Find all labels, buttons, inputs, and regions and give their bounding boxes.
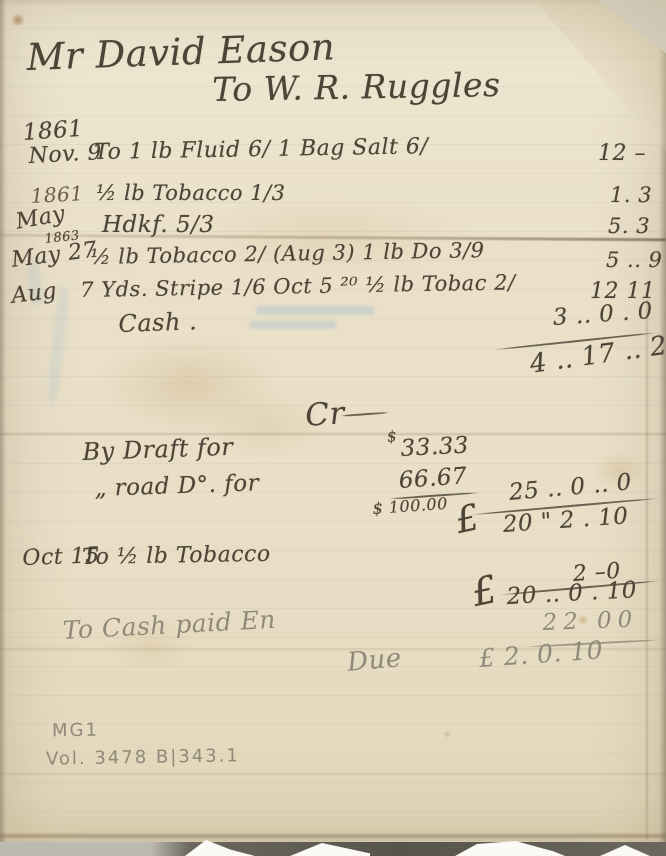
credit-marker-flourish xyxy=(340,412,390,417)
balance-amount: 20 .. 0 . 10 xyxy=(506,577,638,610)
pencil-due-amount: £ 2. 0. 10 xyxy=(478,635,604,673)
archive-reference-fonds: MG1 xyxy=(52,720,99,742)
entry-amount: 12 – xyxy=(598,141,646,166)
entry-amount: 5. 3 xyxy=(608,214,650,238)
entry-date: Aug xyxy=(10,278,58,308)
pencil-cash-label: To Cash paid En xyxy=(62,605,277,645)
credit-entry-amount: 66.67 xyxy=(398,463,468,494)
creditor-line: To W. R. Ruggles xyxy=(212,65,501,109)
archival-stamp-illegible xyxy=(256,306,374,315)
entry-description: To 1 lb Fluid 6/ 1 Bag Salt 6/ xyxy=(94,134,428,165)
archive-reference-volume: Vol. 3478 B|343.1 xyxy=(46,745,240,769)
entry-description: Cash . xyxy=(118,307,198,338)
entry-amount: 1. 3 xyxy=(610,183,652,207)
entry-amount: 3 .. 0 . 0 xyxy=(552,298,654,331)
fold-crease xyxy=(646,300,648,840)
pound-sign: £ xyxy=(452,497,483,542)
entry-amount: 5 .. 9 xyxy=(606,248,662,272)
entry-description: To ½ lb Tobacco xyxy=(82,542,271,570)
torn-edge-shadow xyxy=(0,834,666,838)
archival-stamp-illegible xyxy=(250,321,336,329)
pound-sign: £ xyxy=(468,567,501,615)
entry-date: May 27 xyxy=(10,238,98,273)
credit-entry-label: By Draft for xyxy=(82,433,234,466)
scanned-document-view: Mr David Eason To W. R. Ruggles 1861 Nov… xyxy=(0,0,666,856)
credit-sum: $ 100.00 xyxy=(372,494,448,518)
pencil-cash-amount: 22 00 xyxy=(542,607,639,636)
entry-description: ½ lb Tobacco 1/3 xyxy=(96,181,285,205)
credit-marker: Cr xyxy=(304,395,346,434)
pencil-due-label: Due xyxy=(346,643,403,678)
entry-description: 7 Yds. Stripe 1/6 Oct 5 ²⁰ ½ lb Tobac 2/ xyxy=(80,270,516,302)
credit-entry-amount: 33.33 xyxy=(400,432,470,462)
entry-description: Hdkf. 5/3 xyxy=(102,212,215,238)
currency-sign: $ xyxy=(386,427,398,446)
entry-date: Nov. 9 xyxy=(28,140,103,169)
fold-crease xyxy=(0,433,666,435)
entry-description: ½ lb Tobacco 2/ (Aug 3) 1 lb Do 3/9 xyxy=(90,238,485,269)
paper-edge xyxy=(0,0,6,856)
corner-fold xyxy=(534,0,666,152)
credit-entry-label: „ road D°. for xyxy=(94,470,260,502)
fold-crease xyxy=(0,773,666,775)
paper-sheet: Mr David Eason To W. R. Ruggles 1861 Nov… xyxy=(0,0,666,856)
